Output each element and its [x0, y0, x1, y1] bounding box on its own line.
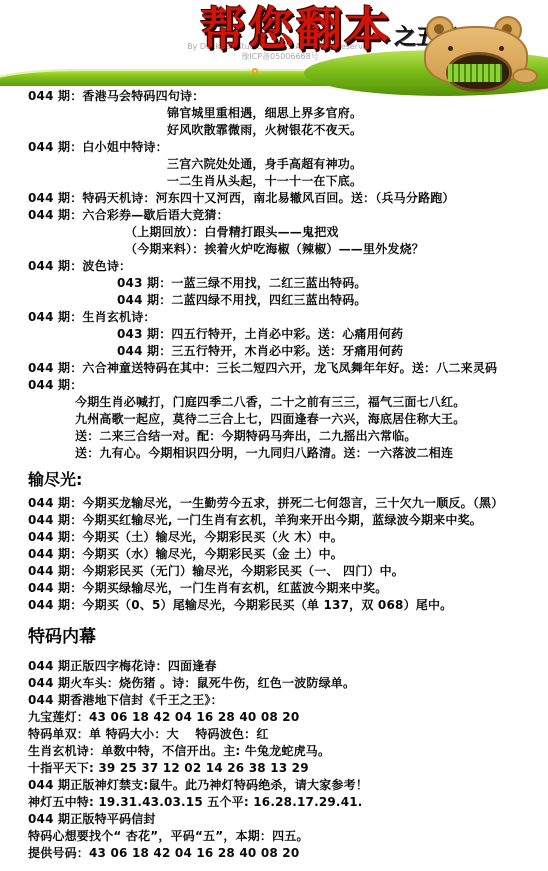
text-line: 三宫六院处处通，身手高超有神功。 — [28, 156, 540, 173]
text-line: （上期回放）：白骨精打跟头——鬼把戏 — [28, 224, 540, 241]
text-line: 044 期：三五行特开，木肖必中彩。送：牙痛用何药 — [28, 343, 540, 360]
text-line: 044 期香港地下信封《千王之王》： — [28, 692, 540, 709]
text-line: 十指平天下: 39 25 37 12 02 14 26 38 13 29 — [28, 760, 540, 777]
text-line: 044 期：白小姐中特诗： — [28, 139, 540, 156]
page: By DuckCar Studio ©2009 All Rights Reser… — [0, 0, 548, 871]
text-line: 044 期：六合彩券—歇后语大竞猜： — [28, 207, 540, 224]
text-line: 044 期：今期买龙输尽光，一生勤劳今五求，拼死二七何怨言，三十欠九一顺反。（黑… — [28, 495, 540, 512]
section-heading: 输尽光: — [28, 470, 540, 490]
text-line: 送：二来三合结一对。配：今期特码马奔出，二九摇出六常临。 — [28, 428, 540, 445]
text-line: 九州高歌一起应，莫待二三合上七，四面逢春一六兴，海底居住称大王。 — [28, 411, 540, 428]
grass-fence-icon — [448, 64, 502, 82]
text-line: 044 期正版四字梅花诗：四面逢春 — [28, 658, 540, 675]
text-line: 044 期：今期买（土）输尽光，今期彩民买（火 木）中。 — [28, 529, 540, 546]
page-title: 帮您翻本 — [200, 0, 392, 58]
text-line: 044 期： — [28, 377, 540, 394]
bear-paw-icon — [512, 68, 538, 84]
text-line: 生肖玄机诗：单数中特，不信开出。主: 牛兔龙蛇虎马。 — [28, 743, 540, 760]
page-title-group: 帮您翻本 之五鬼 — [200, 0, 460, 58]
tip-sheet-body: 044 期：香港马会特码四句诗：锦官城里重相遇，细思上界多官府。好风吹散霏微雨，… — [0, 86, 548, 862]
text-line: 044 期：二蓝四绿不用找，四红三蓝出特码。 — [28, 292, 540, 309]
bear-illustration — [424, 22, 524, 82]
text-line: （今期来料）：挨着火炉吃海椒（辣椒）——里外发烧？ — [28, 241, 540, 258]
text-line: 神灯五中特: 19.31.43.03.15 五个平: 16.28.17.29.4… — [28, 794, 540, 811]
text-line: 送：九有心。今期相识四分明，一九同归八路清。送：一六落波二相连 — [28, 445, 540, 462]
text-line: 特码单双：单 特码大小：大 特码波色：红 — [28, 726, 540, 743]
text-line: 044 期：六合神童送特码在其中：三长二短四六开，龙飞凤舞年年好。送：八二来灵码 — [28, 360, 540, 377]
text-line: 044 期：波色诗： — [28, 258, 540, 275]
text-line: 锦官城里重相遇，细思上界多官府。 — [28, 105, 540, 122]
page-header: By DuckCar Studio ©2009 All Rights Reser… — [0, 0, 548, 86]
text-line: 九宝莲灯：43 06 18 42 04 16 28 40 08 20 — [28, 709, 540, 726]
text-line: 044 期：特码天机诗：河东四十又河西，南北易辙风百回。送：（兵马分路跑） — [28, 190, 540, 207]
text-line: 044 期正版神灯禁支:鼠牛。此乃神灯特码绝杀，请大家参考！ — [28, 777, 540, 794]
text-line: 044 期：今期买（水）输尽光，今期彩民买（金 土）中。 — [28, 546, 540, 563]
text-line: 好风吹散霏微雨，火树银花不夜天。 — [28, 122, 540, 139]
text-line: 一二生肖从头起，十一十一在下底。 — [28, 173, 540, 190]
flower-icon — [252, 68, 258, 74]
text-line: 043 期：四五行特开，土肖必中彩。送：心痛用何药 — [28, 326, 540, 343]
text-line: 044 期：今期彩民买（无门）输尽光，今期彩民买（一、 四门）中。 — [28, 563, 540, 580]
text-line: 特码心想要找个“ 杏花”，平码“五”，本期：四五。 — [28, 828, 540, 845]
text-line: 044 期：今期买绿输尽光，一门生肖有玄机，红蓝波今期来中奖。 — [28, 580, 540, 597]
text-line: 043 期：一蓝三绿不用找，二红三蓝出特码。 — [28, 275, 540, 292]
text-line: 044 期：生肖玄机诗： — [28, 309, 540, 326]
text-line: 044 期：今期买红输尽光, 一门生肖有玄机，羊狗来开出今期，蓝绿波今期来中奖。 — [28, 512, 540, 529]
text-line: 今期生肖必喊打，门庭四季二八香，二十之前有三三，福气三面七八红。 — [28, 394, 540, 411]
text-line: 044 期火车头：烧伤猪 。诗：鼠死牛伤，红色一波防绿单。 — [28, 675, 540, 692]
section-heading: 特码内幕 — [28, 626, 540, 648]
text-line: 044 期：今期买（0、5）尾输尽光，今期彩民买（单 137，双 068）尾中。 — [28, 597, 540, 614]
text-line: 044 期正版特平码信封 — [28, 811, 540, 828]
text-line: 提供号码：43 06 18 42 04 16 28 40 08 20 — [28, 845, 540, 862]
